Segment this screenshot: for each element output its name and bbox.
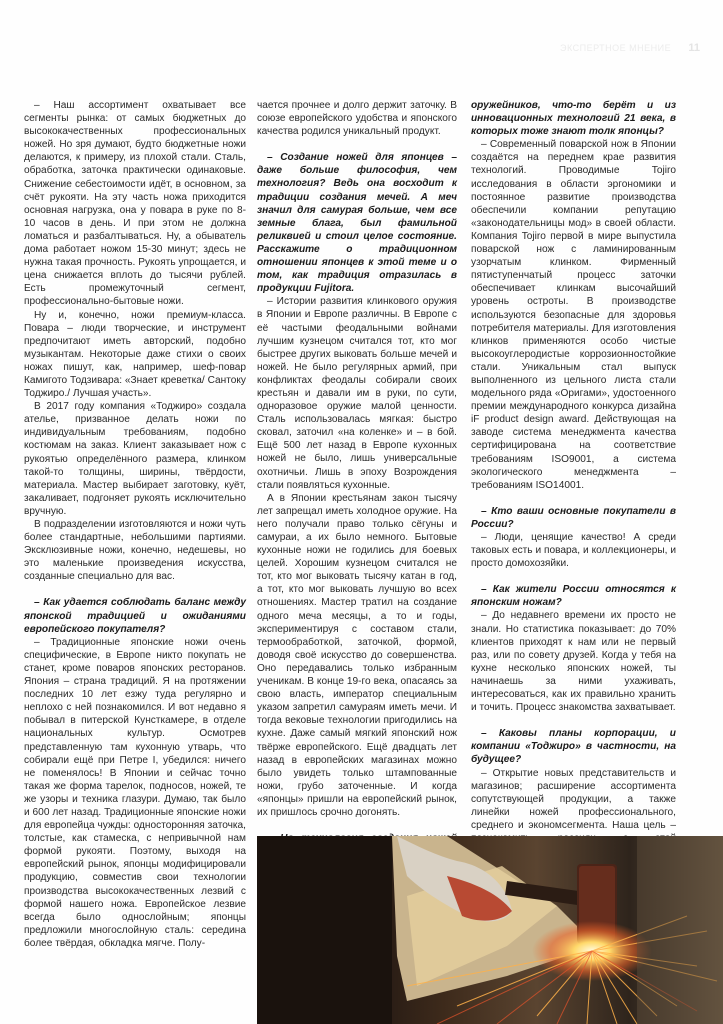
- paragraph: – Наш ассортимент охватывает все сегмент…: [24, 99, 246, 309]
- article-column-1: – Наш ассортимент охватывает все сегмент…: [24, 99, 246, 950]
- paragraph: – Современный поварской нож в Японии соз…: [471, 138, 676, 492]
- paragraph: А в Японии крестьянам закон тысячу лет з…: [257, 492, 457, 819]
- article-column-3: оружейников, что-то берёт и из инновацио…: [471, 99, 676, 871]
- paragraph: – Традиционные японские ножи очень специ…: [24, 636, 246, 950]
- paragraph: В 2017 году компания «Тоджиро» создала а…: [24, 400, 246, 518]
- forging-photo: [257, 836, 723, 1024]
- section-title: ЭКСПЕРТНОЕ МНЕНИЕ: [560, 43, 671, 53]
- paragraph: – Люди, ценящие качество! А среди таковы…: [471, 531, 676, 570]
- paragraph: – До недавнего времени их просто не знал…: [471, 609, 676, 714]
- article-column-2: чается прочнее и долго держит заточку. В…: [257, 99, 457, 871]
- interview-question: – Как жители России относятся к японским…: [471, 583, 676, 609]
- interview-question: – Создание ножей для японцев – даже боль…: [257, 151, 457, 295]
- paragraph: чается прочнее и долго держит заточку. В…: [257, 99, 457, 138]
- page-number: 11: [688, 42, 700, 54]
- paragraph: Ну и, конечно, ножи премиум-класса. Пова…: [24, 309, 246, 401]
- interview-question: – Как удается соблюдать баланс между япо…: [24, 596, 246, 635]
- paragraph: – Истории развития клинкового оружия в Я…: [257, 295, 457, 491]
- interview-question: – Каковы планы корпорации, и компании «Т…: [471, 727, 676, 766]
- paragraph: В подразделении изготовляются и ножи чут…: [24, 518, 246, 583]
- page-header: ЭКСПЕРТНОЕ МНЕНИЕ 11: [560, 42, 700, 56]
- interview-question: оружейников, что-то берёт и из инновацио…: [471, 99, 676, 138]
- blacksmith-illustration: [257, 836, 723, 1024]
- interview-question: – Кто ваши основные покупатели в России?: [471, 505, 676, 531]
